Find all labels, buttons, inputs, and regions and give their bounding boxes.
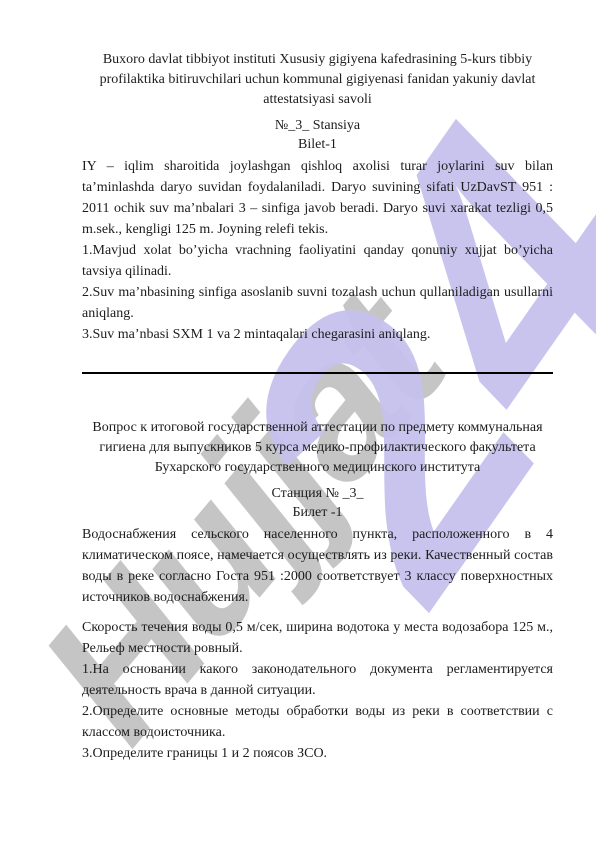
uz-station-line: №_3_ Stansiya — [82, 116, 553, 135]
section-divider — [82, 372, 553, 374]
uz-ticket-line: Bilet-1 — [82, 135, 553, 154]
document-content: Buxoro davlat tibbiyot instituti Xususiy… — [0, 0, 596, 764]
ru-flow-text: Скорость течения воды 0,5 м/сек, ширина … — [82, 617, 553, 659]
ru-station-line: Станция № _3_ — [82, 484, 553, 503]
ru-ticket-line: Билет -1 — [82, 503, 553, 522]
ru-question-1: 1.На основании какого законодательного д… — [82, 659, 553, 701]
ru-section-title: Вопрос к итоговой государственной аттест… — [82, 418, 553, 478]
uz-case-text: IY – iqlim sharoitida joylashgan qishloq… — [82, 156, 553, 240]
uz-question-3: 3.Suv ma’nbasi SXM 1 va 2 mintaqalari ch… — [82, 324, 553, 345]
uz-section-title: Buxoro davlat tibbiyot instituti Xususiy… — [82, 50, 553, 110]
document-page: Hujjat 24 Buxoro davlat tibbiyot institu… — [0, 0, 596, 842]
ru-case-text: Водоснабжения сельского населенного пунк… — [82, 524, 553, 608]
uz-question-2: 2.Suv ma’nbasining sinfiga asoslanib suv… — [82, 282, 553, 324]
ru-question-3: 3.Определите границы 1 и 2 поясов ЗСО. — [82, 743, 553, 764]
uz-question-1: 1.Mavjud xolat bo’yicha vrachning faoliy… — [82, 240, 553, 282]
ru-question-2: 2.Определите основные методы обработки в… — [82, 701, 553, 743]
